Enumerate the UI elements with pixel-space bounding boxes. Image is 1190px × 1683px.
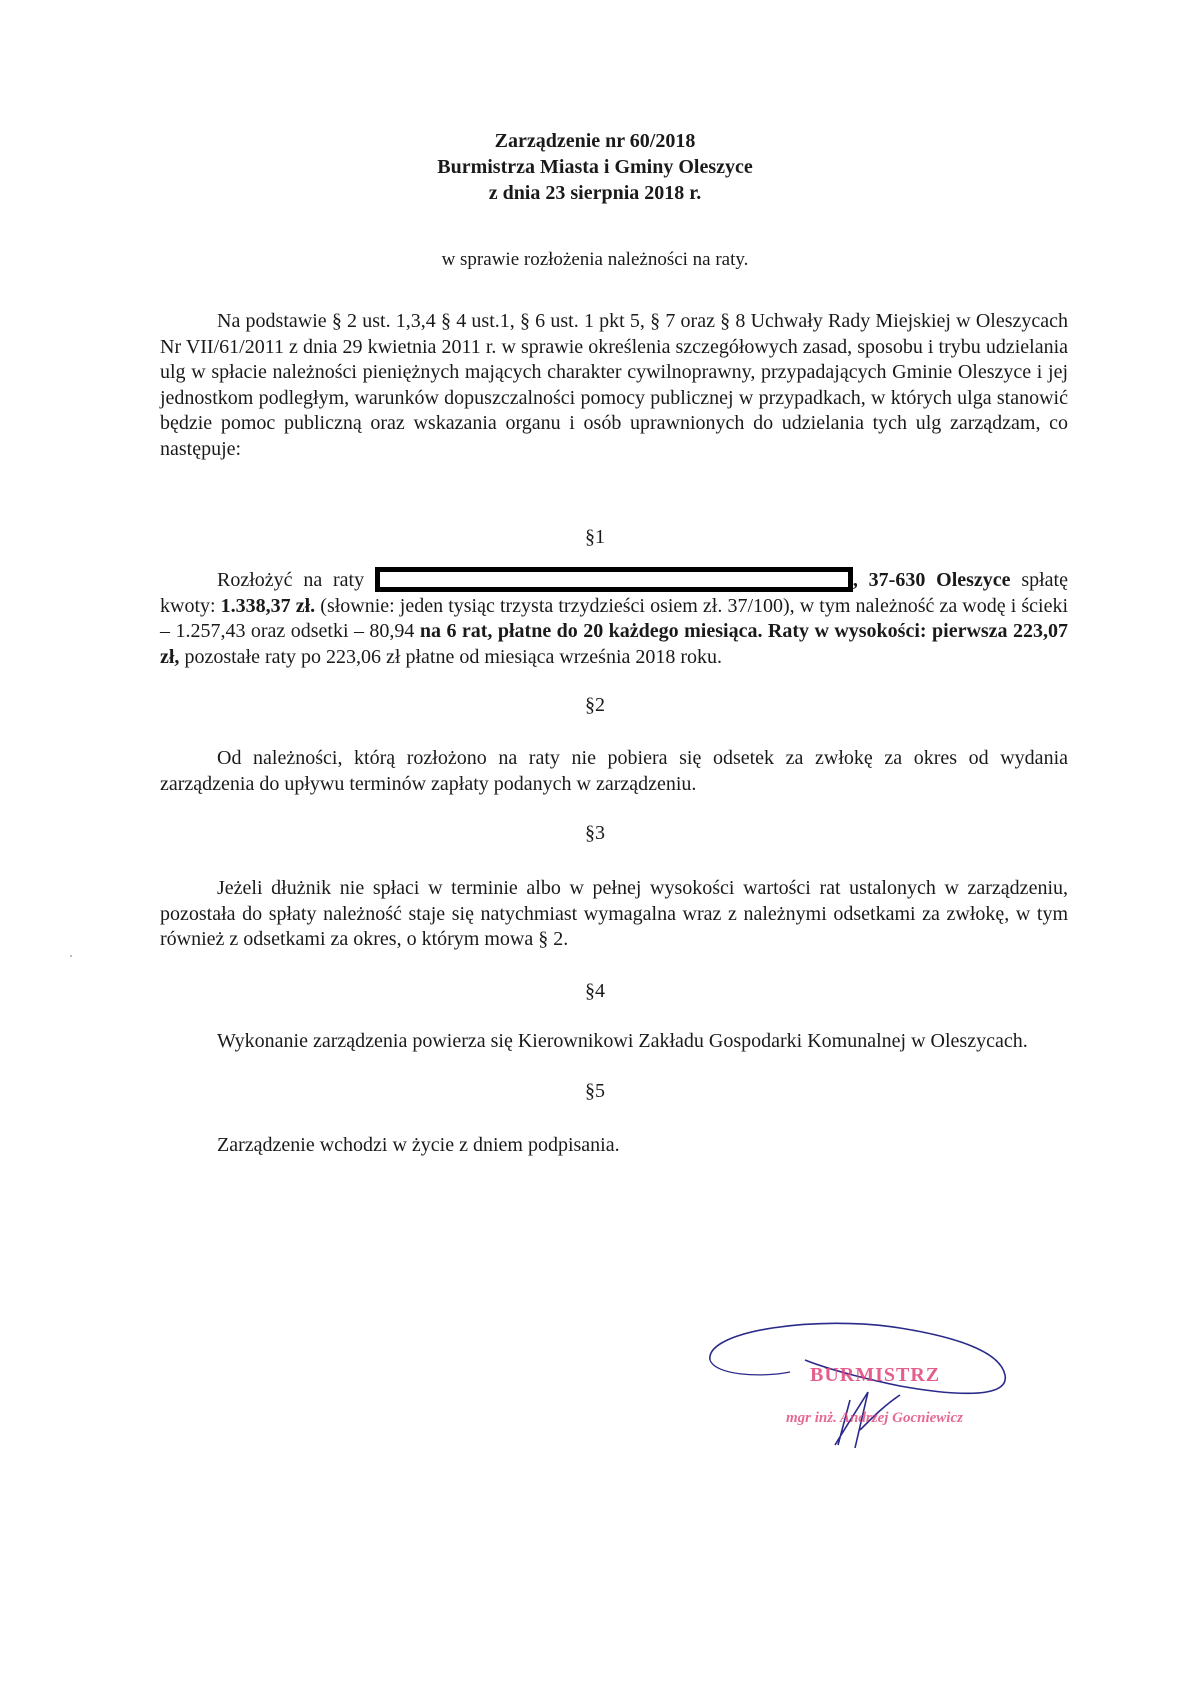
stamp-title: BURMISTRZ [810,1364,940,1387]
stamp-name: mgr inż. Andrzej Gocniewicz [786,1410,963,1427]
document-page: Zarządzenie nr 60/2018 Burmistrza Miasta… [0,0,1190,1683]
section-1-body: Rozłożyć na raty , 37-630 Oleszyce spłat… [160,567,1068,670]
section-4-body: Wykonanie zarządzenia powierza się Kiero… [160,1029,1068,1055]
preamble: Na podstawie § 2 ust. 1,3,4 § 4 ust.1, §… [160,309,1068,462]
document-issuer: Burmistrza Miasta i Gminy Oleszyce [0,154,1190,180]
official-stamp-signature: BURMISTRZ mgr inż. Andrzej Gocniewicz [700,1320,1020,1450]
section-2-label: §2 [0,694,1190,717]
redacted-debtor-box [375,567,853,592]
section-5-label: §5 [0,1080,1190,1103]
document-date: z dnia 23 sierpnia 2018 r. [0,180,1190,206]
section-2-body: Od należności, którą rozłożono na raty n… [160,746,1068,797]
preamble-text: Na podstawie § 2 ust. 1,3,4 § 4 ust.1, §… [160,310,1068,460]
section-1-label: §1 [0,526,1190,549]
document-subject: w sprawie rozłożenia należności na raty. [0,249,1190,271]
total-amount: 1.338,37 zł. [221,595,316,617]
scan-speck [70,955,72,957]
section-5-body: Zarządzenie wchodzi w życie z dniem podp… [160,1133,1068,1159]
section-4-label: §4 [0,980,1190,1003]
section-3-label: §3 [0,822,1190,845]
document-title: Zarządzenie nr 60/2018 [0,128,1190,154]
section-3-body: Jeżeli dłużnik nie spłaci w terminie alb… [160,876,1068,953]
